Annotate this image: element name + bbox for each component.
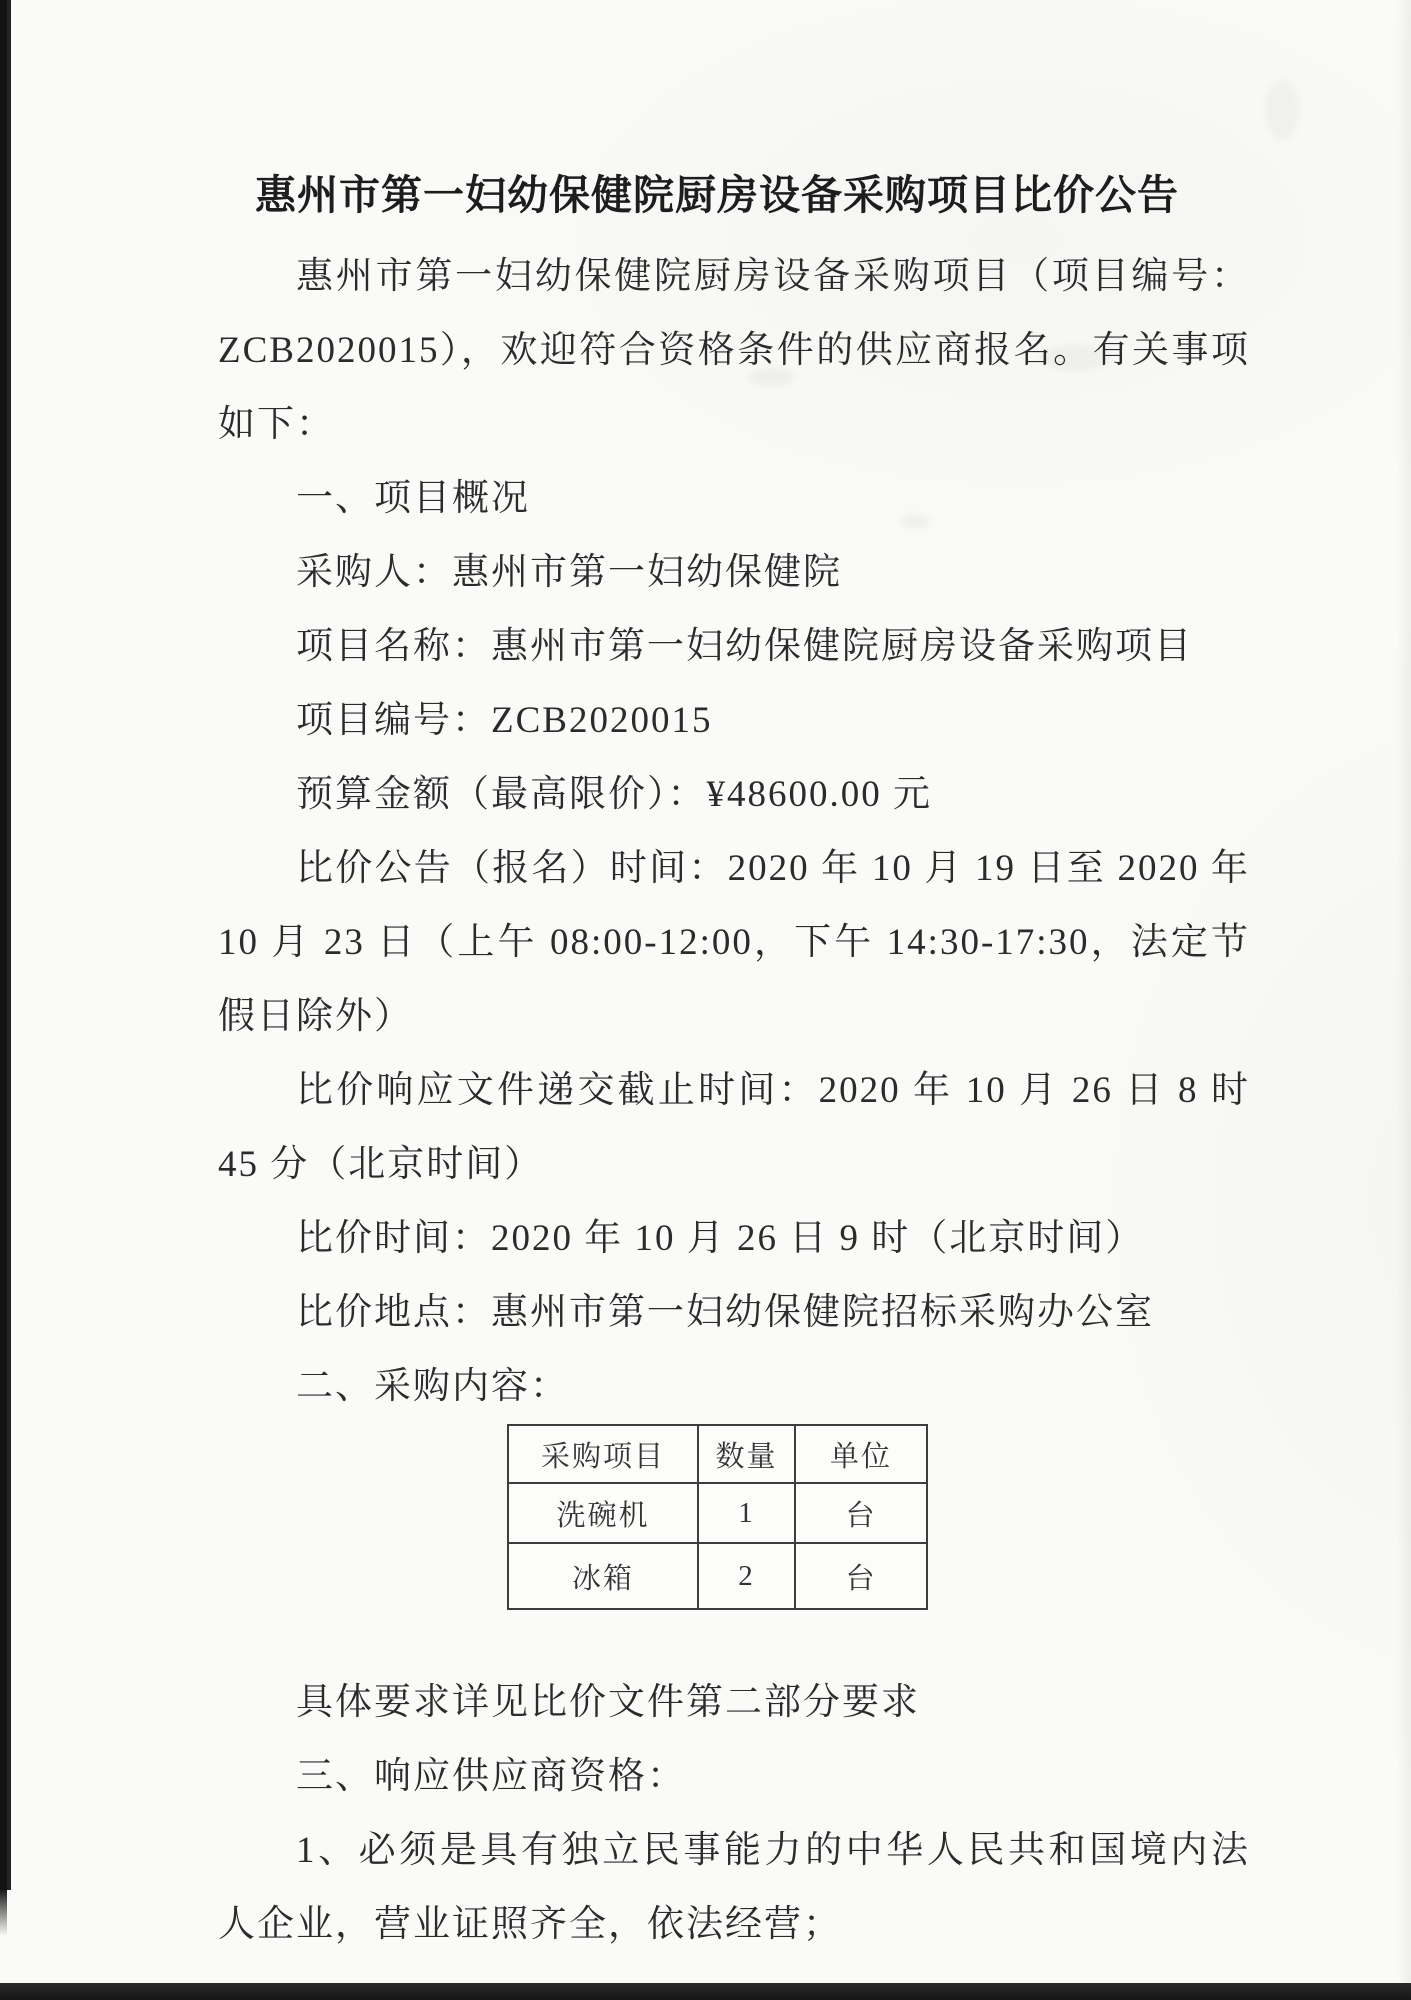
procurement-table: 采购项目 数量 单位 洗碗机 1 台 冰箱 2 台 <box>507 1424 928 1610</box>
column-header-unit: 单位 <box>795 1425 927 1483</box>
table-row-fridge: 冰箱 2 台 <box>508 1543 927 1609</box>
paragraph-announce-time: 比价公告（报名）时间：2020 年 10 月 19 日至 2020 年 10 月… <box>218 832 1250 1054</box>
paragraph-submit-deadline: 比价响应文件递交截止时间：2020 年 10 月 26 日 8 时 45 分（北… <box>218 1054 1250 1202</box>
document-body: 惠州市第一妇幼保健院厨房设备采购项目（项目编号：ZCB2020015），欢迎符合… <box>218 240 1250 1962</box>
scan-smudge <box>1265 80 1299 140</box>
section-heading-project-overview: 一、项目概况 <box>218 462 1250 536</box>
paragraph-intro: 惠州市第一妇幼保健院厨房设备采购项目（项目编号：ZCB2020015），欢迎符合… <box>218 240 1250 462</box>
table-header-row: 采购项目 数量 单位 <box>508 1425 927 1483</box>
cell-unit: 台 <box>795 1543 927 1609</box>
section-heading-supplier-qualification: 三、响应供应商资格： <box>218 1740 1250 1814</box>
scanner-edge-bottom <box>0 1983 1411 2000</box>
paragraph-project-number: 项目编号：ZCB2020015 <box>218 684 1250 758</box>
section-heading-procurement-content: 二、采购内容： <box>218 1350 1250 1424</box>
paragraph-purchaser: 采购人：惠州市第一妇幼保健院 <box>218 536 1250 610</box>
notice-document: 惠州市第一妇幼保健院厨房设备采购项目比价公告 惠州市第一妇幼保健院厨房设备采购项… <box>218 0 1250 1962</box>
procurement-table-container: 采购项目 数量 单位 洗碗机 1 台 冰箱 2 台 <box>507 1424 1250 1610</box>
table-row-dishwasher: 洗碗机 1 台 <box>508 1483 927 1543</box>
cell-quantity: 1 <box>698 1483 795 1543</box>
column-header-item: 采购项目 <box>508 1425 698 1483</box>
paragraph-project-name: 项目名称：惠州市第一妇幼保健院厨房设备采购项目 <box>218 610 1250 684</box>
scanned-page: 惠州市第一妇幼保健院厨房设备采购项目比价公告 惠州市第一妇幼保健院厨房设备采购项… <box>0 0 1411 2000</box>
cell-item-name: 冰箱 <box>508 1543 698 1609</box>
scanner-edge-left <box>0 0 11 1890</box>
column-header-quantity: 数量 <box>698 1425 795 1483</box>
cell-quantity: 2 <box>698 1543 795 1609</box>
paragraph-budget: 预算金额（最高限价）：¥48600.00 元 <box>218 758 1250 832</box>
page-title: 惠州市第一妇幼保健院厨房设备采购项目比价公告 <box>184 168 1250 222</box>
paragraph-compare-place: 比价地点：惠州市第一妇幼保健院招标采购办公室 <box>218 1276 1250 1350</box>
cell-unit: 台 <box>795 1483 927 1543</box>
paragraph-compare-time: 比价时间：2020 年 10 月 26 日 9 时（北京时间） <box>218 1202 1250 1276</box>
paragraph-qualification-1: 1、必须是具有独立民事能力的中华人民共和国境内法人企业，营业证照齐全，依法经营； <box>218 1814 1250 1962</box>
paragraph-detail-note: 具体要求详见比价文件第二部分要求 <box>218 1666 1250 1740</box>
cell-item-name: 洗碗机 <box>508 1483 698 1543</box>
